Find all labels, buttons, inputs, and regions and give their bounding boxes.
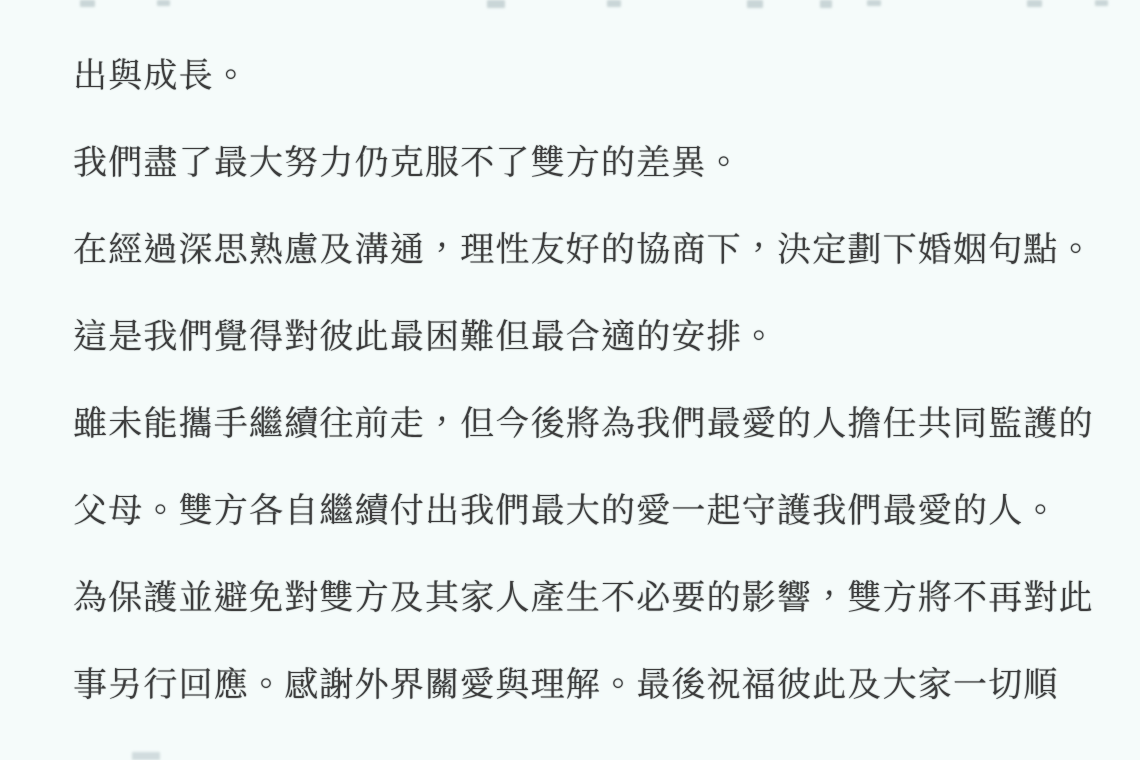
text-line: 父母。雙方各自繼續付出我們最大的愛一起守護我們最愛的人。 — [73, 468, 1140, 555]
text-line: 這是我們覺得對彼此最困難但最合適的安排。 — [73, 294, 1140, 381]
cropped-text-artifact — [747, 0, 763, 8]
cropped-text-artifact — [820, 0, 832, 8]
text-line: 出與成長。 — [73, 33, 1140, 120]
cropped-text-artifact — [607, 0, 621, 7]
text-line: 雖未能攜手繼續往前走，但今後將為我們最愛的人擔任共同監護的 — [73, 381, 1140, 468]
cropped-text-artifact — [1095, 0, 1108, 6]
cropped-text-artifact — [867, 0, 881, 6]
statement-text-block: 出與成長。 我們盡了最大努力仍克服不了雙方的差異。 在經過深思熟慮及溝通，理性友… — [73, 33, 1140, 729]
cropped-text-artifact — [132, 752, 160, 760]
cropped-text-artifact — [1027, 0, 1042, 7]
text-line: 為保護並避免對雙方及其家人產生不必要的影響，雙方將不再對此 — [73, 555, 1140, 642]
cropped-text-artifact — [157, 0, 170, 6]
text-line: 在經過深思熟慮及溝通，理性友好的協商下，決定劃下婚姻句點。 — [73, 207, 1140, 294]
cropped-text-artifact — [80, 0, 95, 7]
statement-page: 出與成長。 我們盡了最大努力仍克服不了雙方的差異。 在經過深思熟慮及溝通，理性友… — [0, 0, 1140, 760]
cropped-text-artifact — [487, 0, 505, 8]
text-line: 我們盡了最大努力仍克服不了雙方的差異。 — [73, 120, 1140, 207]
text-line: 事另行回應。感謝外界關愛與理解。最後祝福彼此及大家一切順 — [73, 642, 1140, 729]
